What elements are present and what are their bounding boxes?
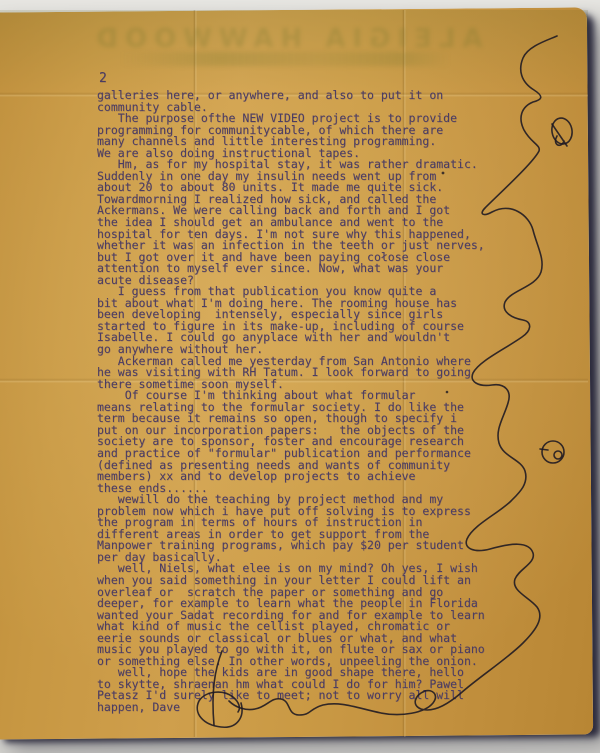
letter-paragraph: Of course I'm thinking about what formul…	[97, 390, 567, 494]
letter-paragraph: wewill do the teaching by project method…	[97, 494, 567, 563]
letter-paragraph: well, hope the kids are in good shape th…	[97, 667, 567, 713]
letter-paragraph: well, Niels, what elee is on my mind? Oh…	[97, 563, 567, 667]
letter-paragraph: Hm, as for my hospital stay, it was rath…	[97, 159, 567, 286]
page-number: 2	[99, 71, 107, 86]
letter-paragraph: Ackerman called me yesterday from San An…	[97, 356, 567, 391]
letter-photo: ALEIGIA HAWWOOD 2 galleries here, or any…	[0, 0, 600, 753]
letter-body: galleries here, or anywhere, and also to…	[97, 90, 567, 714]
letter-paragraph: I guess from that publication you know q…	[97, 286, 567, 355]
letter-paragraph: galleries here, or anywhere, and also to…	[97, 90, 567, 113]
bleedthrough-text: ALEIGIA HAWWOOD	[86, 24, 486, 54]
letter-paragraph: The purpose ofthe NEW VIDEO project is t…	[97, 113, 567, 159]
bleedthrough-smudge	[120, 52, 450, 66]
